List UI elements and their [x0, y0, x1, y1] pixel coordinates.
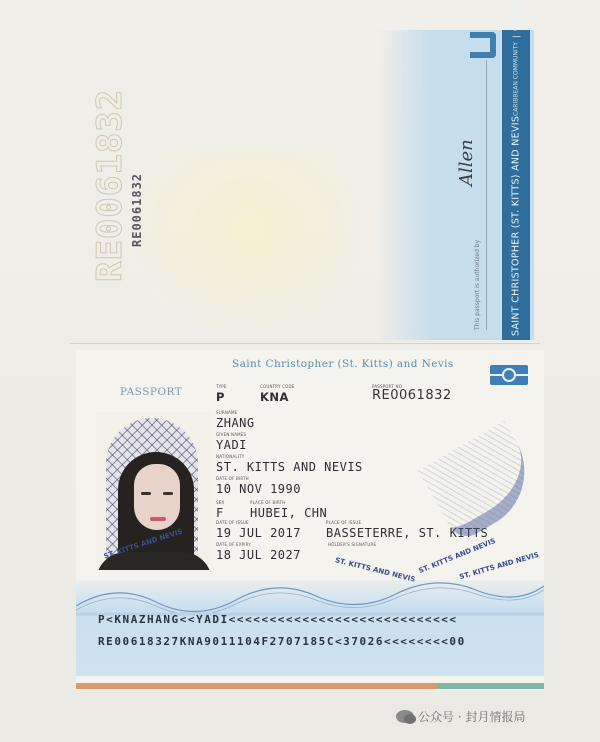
passport-chip-emblem-icon [490, 365, 528, 385]
watermark-text: 公众号 · 封月情报局 [418, 708, 525, 725]
dob-value: 10 NOV 1990 [216, 482, 301, 496]
given-names-value: YADI [216, 438, 247, 452]
observations-title: OBSERVATIONS [511, 0, 522, 31]
sex-value: F [216, 506, 224, 520]
type-caption: Type [216, 384, 227, 389]
page-edge-stripe [76, 683, 544, 689]
mrz-line-1: P<KNAZHANG<<YADI<<<<<<<<<<<<<<<<<<<<<<<<… [98, 613, 458, 626]
type-value: P [216, 390, 225, 404]
perforated-passport-number: RE0061832 [90, 40, 124, 330]
background-tint [118, 150, 378, 340]
wechat-icon [396, 710, 414, 723]
date-of-expiry-caption: Date of Expiry [216, 542, 251, 547]
holder-photo: ST. KITTS AND NEVIS [96, 412, 212, 570]
passport-no-value: RE0061832 [372, 388, 452, 403]
printed-passport-number: RE0061832 [130, 160, 146, 260]
date-of-issue-value: 19 JUL 2017 [216, 526, 301, 540]
fish-security-graphic [418, 421, 547, 544]
passport-data-page: Saint Christopher (St. Kitts) and Nevis … [76, 350, 544, 690]
observations-page: RE0061832 RE0061832 Allen This passport … [78, 30, 534, 340]
watermark: 公众号 · 封月情报局 [396, 708, 525, 725]
separator: | [512, 35, 521, 38]
place-of-birth-value: HUBEI, CHN [250, 506, 327, 520]
document-label: PASSPORT [120, 386, 182, 398]
wave-guilloche [76, 576, 544, 616]
signature-line [486, 60, 487, 330]
place-of-issue-caption: Place of Issue [326, 520, 361, 525]
observations-band-text: SAINT CHRISTOPHER (ST. KITTS) AND NEVIS … [504, 36, 528, 336]
observations-country: SAINT CHRISTOPHER (ST. KITTS) AND NEVIS [511, 116, 522, 336]
signature-caption: This passport is authorized by [474, 210, 484, 330]
nationality-caption: Nationality [216, 454, 244, 459]
scanned-passport-sheet: RE0061832 RE0061832 Allen This passport … [0, 0, 600, 742]
surname-caption: Surname [216, 410, 237, 415]
holder-signature-caption: Holder's Signature [328, 542, 376, 547]
given-names-caption: Given Names [216, 432, 246, 437]
caricom-logo-icon [470, 32, 496, 58]
country-code-caption: Country Code [260, 384, 295, 389]
country-code-value: KNA [260, 390, 289, 404]
issuing-country-title: Saint Christopher (St. Kitts) and Nevis [232, 358, 454, 370]
date-of-issue-caption: Date of Issue [216, 520, 249, 525]
nationality-value: ST. KITTS AND NEVIS [216, 460, 363, 474]
place-of-birth-caption: Place of Birth [250, 500, 285, 505]
date-of-expiry-value: 18 JUL 2027 [216, 548, 301, 562]
mrz-line-2: RE00618327KNA9011104F2707185C<37026<<<<<… [98, 635, 466, 648]
surname-value: ZHANG [216, 416, 255, 430]
sex-caption: Sex [216, 500, 224, 505]
authority-signature: Allen [456, 130, 486, 186]
observations-subtitle: CARIBBEAN COMMUNITY [513, 42, 520, 116]
dob-caption: Date of Birth [216, 476, 249, 481]
page-fold-divider [70, 343, 540, 344]
